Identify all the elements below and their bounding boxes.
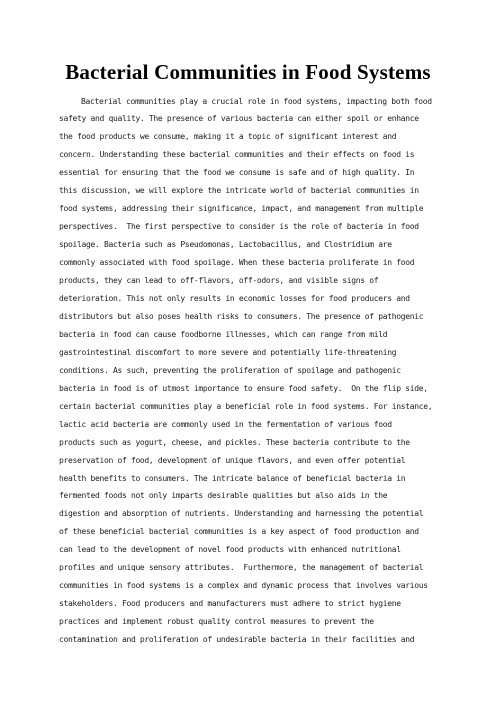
document-page: Bacterial Communities in Food Systems Ba… [0, 0, 496, 702]
document-body-text: Bacterial communities play a crucial rol… [59, 93, 459, 650]
document-title: Bacterial Communities in Food Systems [0, 60, 496, 84]
